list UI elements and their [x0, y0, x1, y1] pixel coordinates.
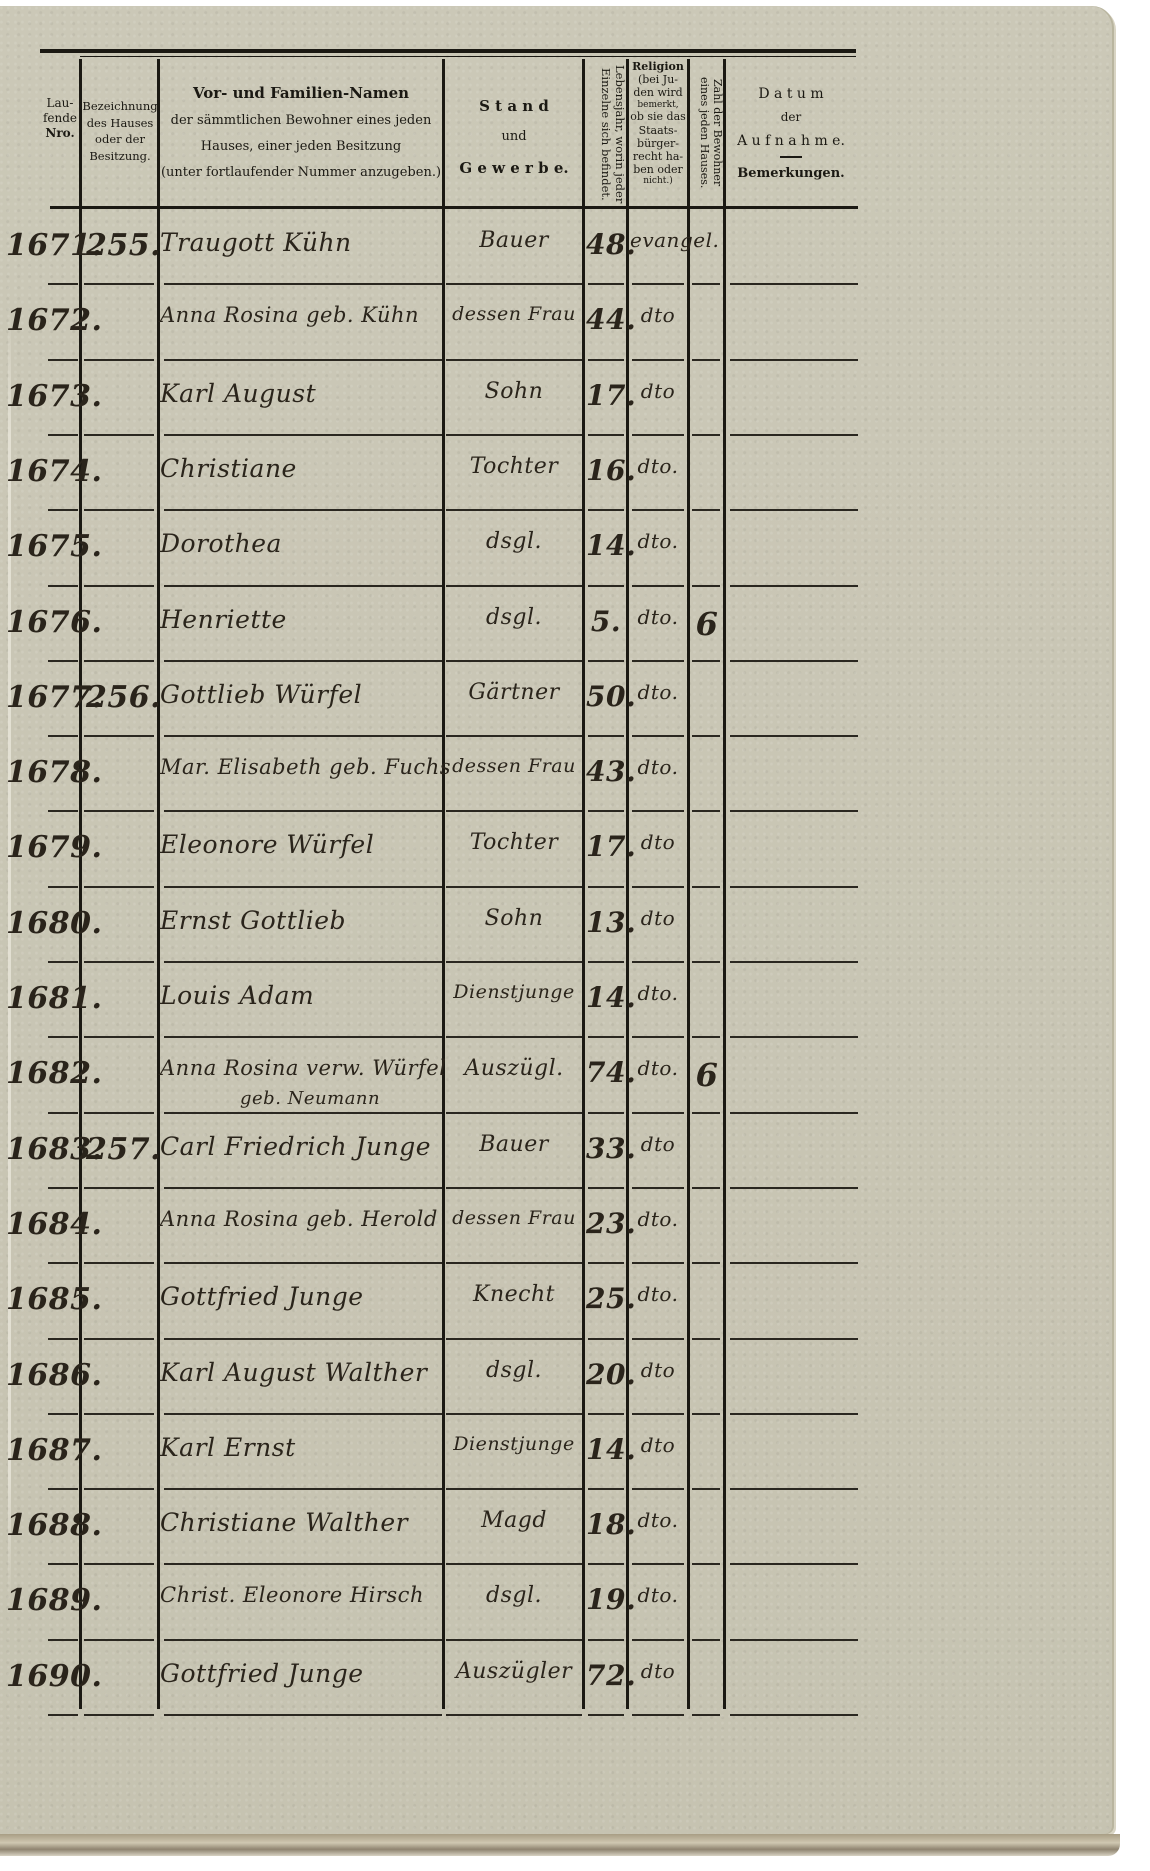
row-rule — [730, 1714, 858, 1716]
row-rule — [164, 585, 442, 587]
row-rule — [692, 1112, 720, 1114]
row-rule — [730, 886, 858, 888]
religion: dto. — [630, 981, 686, 1005]
row-number: 1689. — [6, 1583, 78, 1618]
row-number: 1681. — [6, 981, 78, 1016]
row-rule — [730, 359, 858, 361]
header-text: Nro. — [40, 126, 80, 141]
header-text: recht ha- — [629, 150, 687, 163]
resident-name: Christiane Walther — [160, 1508, 442, 1537]
occupation: Bauer — [446, 228, 582, 253]
row-rule — [632, 735, 684, 737]
row-rule — [164, 509, 442, 511]
row-rule — [632, 886, 684, 888]
age: 74. — [586, 1056, 626, 1089]
age: 14. — [586, 1433, 626, 1466]
row-rule — [48, 810, 78, 812]
row-number: 1680. — [6, 906, 78, 941]
row-rule — [164, 1112, 442, 1114]
age: 17. — [586, 379, 626, 412]
row-rule — [84, 886, 154, 888]
age: 48. — [586, 228, 626, 261]
row-rule — [84, 660, 154, 662]
row-number: 1677. — [6, 680, 78, 715]
header-text: fende — [40, 111, 80, 126]
row-number: 1678. — [6, 755, 78, 790]
resident-name: Anna Rosina geb. Herold — [160, 1207, 442, 1231]
religion: dto — [630, 379, 686, 403]
header-text: A u f n a h m e. — [726, 129, 856, 154]
header-col-house: Bezeichnung des Hauses oder der Besitzun… — [82, 98, 158, 165]
age: 25. — [586, 1282, 626, 1315]
row-rule — [692, 1714, 720, 1716]
row-rule — [692, 283, 720, 285]
resident-name: Henriette — [160, 605, 442, 634]
occupation: dsgl. — [446, 1358, 582, 1383]
row-rule — [730, 1639, 858, 1641]
row-number: 1673. — [6, 379, 78, 414]
row-number: 1687. — [6, 1433, 78, 1468]
col-divider-6 — [687, 59, 690, 1709]
row-rule — [48, 961, 78, 963]
row-rule — [692, 1262, 720, 1264]
header-text: Besitzung. — [82, 148, 158, 165]
row-rule — [632, 1488, 684, 1490]
row-rule — [84, 1036, 154, 1038]
row-rule — [692, 585, 720, 587]
religion: dto. — [630, 1207, 686, 1231]
row-rule — [164, 961, 442, 963]
row-rule — [446, 1563, 582, 1565]
row-rule — [84, 1187, 154, 1189]
row-number: 1672. — [6, 303, 78, 338]
row-rule — [48, 1639, 78, 1641]
row-rule — [164, 434, 442, 436]
row-rule — [446, 735, 582, 737]
header-text: (unter fortlaufender Nummer anzugeben.) — [160, 160, 442, 186]
resident-name: Anna Rosina geb. Kühn — [160, 303, 442, 327]
header-text: ben oder — [629, 163, 687, 176]
row-rule — [84, 1262, 154, 1264]
age: 14. — [586, 529, 626, 562]
row-rule — [730, 434, 858, 436]
religion: dto — [630, 303, 686, 327]
occupation: dessen Frau — [446, 755, 582, 777]
row-rule — [730, 660, 858, 662]
header-col-names: Vor- und Familien-Namen der sämmtlichen … — [160, 78, 442, 186]
resident-name: Gottfried Junge — [160, 1282, 442, 1311]
row-rule — [84, 509, 154, 511]
top-rule — [40, 49, 856, 53]
row-rule — [48, 1262, 78, 1264]
occupation: dsgl. — [446, 1583, 582, 1608]
row-rule — [730, 1413, 858, 1415]
top-rule-thin — [80, 56, 856, 57]
header-rule — [50, 206, 858, 209]
row-rule — [588, 283, 624, 285]
row-rule — [446, 434, 582, 436]
age: 13. — [586, 906, 626, 939]
resident-name: Karl August Walther — [160, 1358, 442, 1387]
header-col-stand: S t a n d und G e w e r b e. — [446, 90, 582, 185]
row-rule — [692, 660, 720, 662]
row-rule — [692, 1338, 720, 1340]
row-rule — [692, 810, 720, 812]
household-count: 6 — [690, 1056, 724, 1094]
header-separator — [780, 156, 802, 158]
row-rule — [730, 1112, 858, 1114]
religion: dto. — [630, 1282, 686, 1306]
resident-name: Traugott Kühn — [160, 228, 442, 257]
row-rule — [632, 1112, 684, 1114]
row-rule — [446, 660, 582, 662]
row-rule — [692, 509, 720, 511]
row-rule — [632, 509, 684, 511]
row-rule — [632, 1338, 684, 1340]
age: 33. — [586, 1132, 626, 1165]
row-rule — [164, 886, 442, 888]
row-rule — [730, 810, 858, 812]
occupation: Dienstjunge — [446, 1433, 582, 1455]
row-rule — [446, 1112, 582, 1114]
row-rule — [164, 283, 442, 285]
religion: dto. — [630, 605, 686, 629]
age: 17. — [586, 830, 626, 863]
religion: dto. — [630, 529, 686, 553]
row-rule — [588, 1338, 624, 1340]
row-rule — [692, 1036, 720, 1038]
row-number: 1683. — [6, 1132, 78, 1167]
religion: dto. — [630, 755, 686, 779]
register-page: Lau- fende Nro. Bezeichnung des Hauses o… — [0, 6, 1112, 1834]
row-rule — [446, 509, 582, 511]
age: 23. — [586, 1207, 626, 1240]
row-rule — [632, 283, 684, 285]
occupation: Magd — [446, 1508, 582, 1533]
row-rule — [692, 434, 720, 436]
row-rule — [632, 1563, 684, 1565]
religion: dto — [630, 906, 686, 930]
occupation: Sohn — [446, 906, 582, 931]
row-rule — [48, 1187, 78, 1189]
house-number: 256. — [86, 680, 156, 715]
header-col-date: D a t u m der A u f n a h m e. Bemerkung… — [726, 82, 856, 185]
page-stack-edge — [0, 1834, 1120, 1856]
header-text: Staats- — [629, 124, 687, 137]
religion: dto. — [630, 680, 686, 704]
row-rule — [632, 1413, 684, 1415]
row-rule — [446, 1714, 582, 1716]
row-rule — [164, 810, 442, 812]
row-rule — [730, 1488, 858, 1490]
row-rule — [692, 1413, 720, 1415]
resident-name: Louis Adam — [160, 981, 442, 1010]
row-rule — [730, 1563, 858, 1565]
row-rule — [48, 1036, 78, 1038]
row-rule — [632, 1714, 684, 1716]
row-rule — [48, 1714, 78, 1716]
header-text: Zahl der Bewohner eines jeden Hauses. — [698, 77, 724, 188]
row-number: 1684. — [6, 1207, 78, 1242]
resident-name: Karl Ernst — [160, 1433, 442, 1462]
row-rule — [446, 1488, 582, 1490]
occupation: Tochter — [446, 830, 582, 855]
header-text: der sämmtlichen Bewohner eines jeden — [160, 108, 442, 134]
age: 5. — [586, 605, 626, 638]
row-rule — [84, 283, 154, 285]
row-number: 1690. — [6, 1659, 78, 1694]
row-rule — [632, 1262, 684, 1264]
header-text: (bei Ju- — [629, 73, 687, 86]
row-rule — [588, 509, 624, 511]
row-rule — [632, 434, 684, 436]
row-rule — [588, 810, 624, 812]
row-rule — [632, 660, 684, 662]
row-number: 1685. — [6, 1282, 78, 1317]
header-col-age: Lebensjahr, worin jeder Einzelne sich be… — [586, 64, 626, 204]
row-rule — [164, 1262, 442, 1264]
header-text: Bezeichnung — [82, 98, 158, 115]
resident-name: Ernst Gottlieb — [160, 906, 442, 935]
row-rule — [48, 359, 78, 361]
row-rule — [692, 1639, 720, 1641]
resident-name: Eleonore Würfel — [160, 830, 442, 859]
row-rule — [692, 1187, 720, 1189]
row-rule — [692, 886, 720, 888]
row-rule — [446, 961, 582, 963]
row-rule — [588, 1036, 624, 1038]
header-text: nicht.) — [629, 176, 687, 187]
row-rule — [164, 1488, 442, 1490]
religion: dto — [630, 1659, 686, 1683]
header-text: bürger- — [629, 137, 687, 150]
row-rule — [48, 735, 78, 737]
row-rule — [84, 359, 154, 361]
row-rule — [632, 961, 684, 963]
row-number: 1688. — [6, 1508, 78, 1543]
row-rule — [588, 1413, 624, 1415]
resident-name: Carl Friedrich Junge — [160, 1132, 442, 1161]
row-rule — [84, 961, 154, 963]
row-rule — [588, 1112, 624, 1114]
row-number: 1675. — [6, 529, 78, 564]
header-text: oder der — [82, 131, 158, 148]
age: 44. — [586, 303, 626, 336]
row-rule — [632, 1187, 684, 1189]
header-text: S t a n d — [446, 90, 582, 123]
row-rule — [632, 1639, 684, 1641]
header-text: D a t u m — [726, 82, 856, 107]
religion: dto. — [630, 1583, 686, 1607]
row-rule — [588, 1187, 624, 1189]
header-text: des Hauses — [82, 115, 158, 132]
row-rule — [446, 359, 582, 361]
header-text: Lebensjahr, worin jeder Einzelne sich be… — [599, 65, 627, 203]
row-rule — [164, 1413, 442, 1415]
age: 43. — [586, 755, 626, 788]
occupation: Sohn — [446, 379, 582, 404]
row-rule — [588, 961, 624, 963]
row-rule — [48, 1338, 78, 1340]
religion: dto. — [630, 454, 686, 478]
row-rule — [446, 283, 582, 285]
resident-name: Gottlieb Würfel — [160, 680, 442, 709]
row-rule — [730, 1036, 858, 1038]
row-rule — [48, 1112, 78, 1114]
resident-name: Dorothea — [160, 529, 442, 558]
row-rule — [588, 585, 624, 587]
row-rule — [164, 359, 442, 361]
occupation: dessen Frau — [446, 303, 582, 325]
row-rule — [632, 1036, 684, 1038]
col-divider-3 — [442, 59, 445, 1709]
row-rule — [446, 1338, 582, 1340]
header-title: Vor- und Familien-Namen — [160, 78, 442, 108]
row-rule — [588, 434, 624, 436]
row-rule — [588, 359, 624, 361]
row-rule — [164, 1563, 442, 1565]
religion: dto. — [630, 1508, 686, 1532]
row-rule — [84, 1639, 154, 1641]
row-rule — [164, 1036, 442, 1038]
row-rule — [84, 434, 154, 436]
header-text: den wird — [629, 86, 687, 99]
header-text: und — [446, 123, 582, 152]
age: 72. — [586, 1659, 626, 1692]
header-text: Bemerkungen. — [726, 162, 856, 185]
row-rule — [48, 886, 78, 888]
row-rule — [84, 810, 154, 812]
occupation: Tochter — [446, 454, 582, 479]
row-rule — [48, 434, 78, 436]
row-rule — [84, 735, 154, 737]
row-rule — [164, 1338, 442, 1340]
col-divider-4 — [582, 59, 585, 1709]
header-text: der — [726, 107, 856, 129]
religion: dto. — [630, 1056, 686, 1080]
occupation: Knecht — [446, 1282, 582, 1307]
row-rule — [730, 961, 858, 963]
row-rule — [588, 1714, 624, 1716]
row-number: 1686. — [6, 1358, 78, 1393]
binding-thread — [8, 306, 11, 1606]
row-rule — [692, 735, 720, 737]
row-rule — [48, 283, 78, 285]
row-rule — [588, 886, 624, 888]
row-rule — [588, 660, 624, 662]
occupation: Gärtner — [446, 680, 582, 705]
row-rule — [164, 660, 442, 662]
row-rule — [692, 359, 720, 361]
row-rule — [632, 810, 684, 812]
row-rule — [84, 1714, 154, 1716]
religion: dto — [630, 1433, 686, 1457]
resident-name: Mar. Elisabeth geb. Fuchs — [160, 755, 442, 779]
row-rule — [48, 660, 78, 662]
row-rule — [48, 1563, 78, 1565]
row-rule — [730, 735, 858, 737]
age: 14. — [586, 981, 626, 1014]
row-rule — [84, 1488, 154, 1490]
row-rule — [164, 1714, 442, 1716]
header-text: Religion — [629, 60, 687, 73]
col-divider-7 — [723, 59, 726, 1709]
resident-name: Anna Rosina verw. Würfel — [160, 1056, 442, 1080]
header-col-nr: Lau- fende Nro. — [40, 96, 80, 141]
occupation: dsgl. — [446, 605, 582, 630]
row-rule — [588, 1563, 624, 1565]
row-rule — [692, 1563, 720, 1565]
row-rule — [446, 1639, 582, 1641]
occupation: Auszügl. — [446, 1056, 582, 1081]
row-rule — [446, 1036, 582, 1038]
occupation: Dienstjunge — [446, 981, 582, 1003]
resident-name: Christiane — [160, 454, 442, 483]
row-rule — [446, 810, 582, 812]
occupation: dessen Frau — [446, 1207, 582, 1229]
row-rule — [164, 735, 442, 737]
row-rule — [588, 735, 624, 737]
row-number: 1674. — [6, 454, 78, 489]
row-rule — [446, 1413, 582, 1415]
religion: dto — [630, 830, 686, 854]
header-col-religion: Religion (bei Ju- den wird bemerkt, ob s… — [629, 60, 687, 187]
row-rule — [632, 585, 684, 587]
row-rule — [48, 1413, 78, 1415]
resident-maiden-name: geb. Neumann — [240, 1088, 380, 1109]
row-rule — [730, 283, 858, 285]
row-rule — [446, 1262, 582, 1264]
header-text: G e w e r b e. — [446, 152, 582, 185]
row-rule — [730, 1187, 858, 1189]
row-rule — [84, 585, 154, 587]
religion: dto — [630, 1132, 686, 1156]
religion: dto — [630, 1358, 686, 1382]
row-rule — [164, 1187, 442, 1189]
age: 18. — [586, 1508, 626, 1541]
age: 16. — [586, 454, 626, 487]
row-rule — [692, 1488, 720, 1490]
header-text: ob sie das — [629, 110, 687, 123]
age: 20. — [586, 1358, 626, 1391]
header-col-count: Zahl der Bewohner eines jeden Hauses. — [690, 66, 724, 200]
row-rule — [48, 1488, 78, 1490]
age: 19. — [586, 1583, 626, 1616]
row-rule — [588, 1488, 624, 1490]
age: 50. — [586, 680, 626, 713]
header-text: Hauses, einer jeden Besitzung — [160, 134, 442, 160]
occupation: dsgl. — [446, 529, 582, 554]
row-rule — [446, 1187, 582, 1189]
row-rule — [730, 1262, 858, 1264]
household-count: 6 — [690, 605, 724, 643]
row-number: 1682. — [6, 1056, 78, 1091]
row-rule — [692, 961, 720, 963]
row-rule — [730, 1338, 858, 1340]
row-rule — [632, 359, 684, 361]
row-rule — [446, 585, 582, 587]
header-text: bemerkt, — [629, 100, 687, 111]
row-rule — [730, 585, 858, 587]
row-rule — [84, 1563, 154, 1565]
occupation: Auszügler — [446, 1659, 582, 1684]
row-rule — [164, 1639, 442, 1641]
header-text: Lau- — [40, 96, 80, 111]
row-rule — [48, 585, 78, 587]
row-rule — [84, 1413, 154, 1415]
row-rule — [48, 509, 78, 511]
row-rule — [446, 886, 582, 888]
